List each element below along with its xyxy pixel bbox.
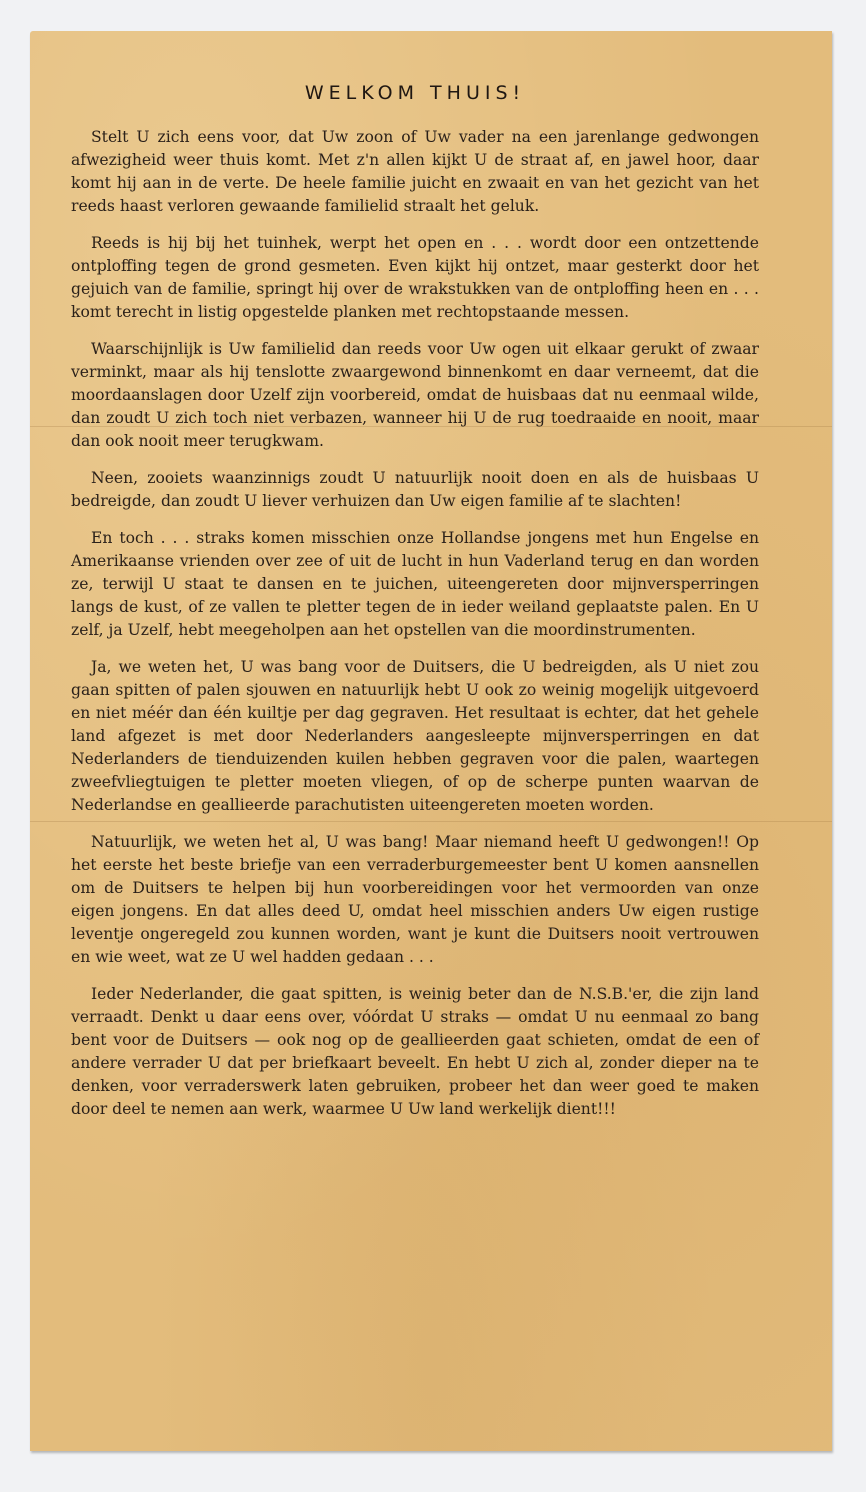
paragraph: Natuurlijk, we weten het al, U was bang!… (71, 831, 759, 969)
paragraph: Neen, zooiets waanzinnigs zoudt U natuur… (71, 467, 759, 513)
paragraph: Ja, we weten het, U was bang voor de Dui… (71, 656, 759, 817)
paragraph: Ieder Nederlander, die gaat spitten, is … (71, 983, 759, 1121)
leaflet-content: WELKOM THUIS! Stelt U zich eens voor, da… (71, 82, 759, 1135)
document-title: WELKOM THUIS! (71, 82, 759, 104)
paragraph: Stelt U zich eens voor, dat Uw zoon of U… (71, 126, 759, 218)
paragraph: Waarschijnlijk is Uw familielid dan reed… (71, 338, 759, 453)
paragraph: En toch . . . straks komen misschien onz… (71, 527, 759, 642)
paragraph: Reeds is hij bij het tuinhek, werpt het … (71, 232, 759, 324)
